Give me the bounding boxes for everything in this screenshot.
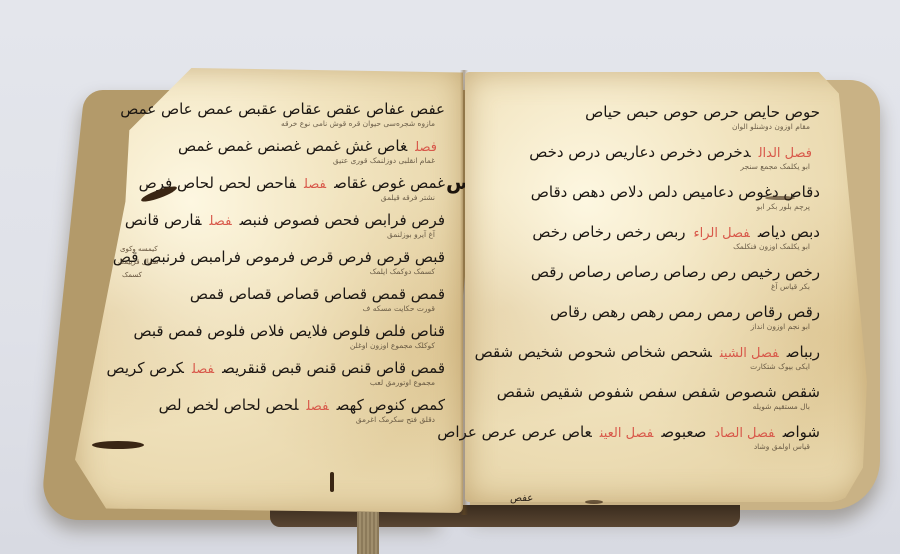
text-line: عفص عفاص عقص عقاص عقبص عمص عاص عمصمازوه … — [125, 100, 445, 137]
catchword: عفص — [510, 493, 533, 504]
ink-stain — [330, 472, 334, 492]
text-line: رخص رخیص رص رصاص رصاص رصاص رقصبکر قیاس آ… — [490, 263, 820, 303]
rubric-heading: فصل الدال — [759, 146, 812, 161]
rubric-heading: فصل الصاد — [714, 426, 774, 441]
text-line: دقاص دغوص دعامیص دلص دلاص دهص دقاصپرچم ب… — [490, 183, 820, 223]
manuscript-photo: عفص عفاص عقص عقاص عقبص عمص عاص عمصمازوه … — [0, 0, 900, 554]
text-line: قبص قرص فرص قرص فرموص فرامبص فرنبص قصکسم… — [125, 248, 445, 285]
text-line: فصل الدالدخرص دخرص دعاریص درص دخصابو یکل… — [490, 143, 820, 183]
ink-stain — [765, 196, 795, 200]
text-line: شقص شصوص شفص سفص شفوص شقیص شقصبال مستقیم… — [490, 383, 820, 423]
rubric-heading: فصل — [192, 362, 214, 377]
text-line: فصلغاص غش غمص غصنص غمص غمصغمام انقلبی دو… — [125, 137, 445, 174]
ink-stain — [585, 500, 603, 504]
text-line: غمص غوص غقاصفصلفاحص لحص لحاص فرصنشتر فرق… — [125, 174, 445, 211]
margin-note: کیمسه وکوی — [120, 245, 158, 254]
text-line: فرص فرابص فحص فصوص فنبصفصلقارص قانصآغ آی… — [125, 211, 445, 248]
margin-note: صقال قرپیمک — [118, 258, 159, 267]
text-line: دبص دیاصفصل الراءربص رخص رخاص رخصابو یکل… — [490, 223, 820, 263]
text-line: کمص کنوص کهصفصللحص لحاص لخص لصدقلق فتح س… — [125, 396, 445, 433]
ribbon-bookmark — [357, 512, 379, 554]
margin-note: کسمک — [122, 271, 142, 280]
text-line: قمص قاص قنص قنص قبص قنقریصفصلکرص کریصمجم… — [125, 359, 445, 396]
text-line: ربباصفصل الشينشحص شخاص شحوص شخیص شقصایکی… — [490, 343, 820, 383]
rubric-heading: فصل — [307, 399, 329, 414]
text-line: حوص حایص حرص حوص حبص حیاصمقام اوزون دوشن… — [490, 103, 820, 143]
rubric-heading: فصل الراء — [694, 226, 750, 241]
left-page-text: عفص عفاص عقص عقاص عقبص عمص عاص عمصمازوه … — [125, 100, 445, 433]
text-line: قمص قمص قصاص قصاص قصاص قمصقورت حکایت مسک… — [125, 285, 445, 322]
text-line: شواصفصل الصادصعبوصفصل العينعاص عرص عرص ع… — [490, 423, 820, 463]
rubric-heading: فصل العين — [600, 426, 654, 441]
rubric-heading: فصل — [415, 140, 437, 155]
text-line: رقص رقاص رمص رمص رهص رهص رقاصابو نجم اوز… — [490, 303, 820, 343]
rubric-heading: فصل — [304, 177, 326, 192]
right-page-text: حوص حایص حرص حوص حبص حیاصمقام اوزون دوشن… — [490, 103, 820, 463]
ink-stain — [92, 441, 144, 449]
text-line: قناص فلص فلوص فلایص فلاص فلوص فمص قبصکوک… — [125, 322, 445, 359]
rubric-heading: فصل الشين — [720, 346, 779, 361]
rubric-heading: فصل — [210, 214, 232, 229]
